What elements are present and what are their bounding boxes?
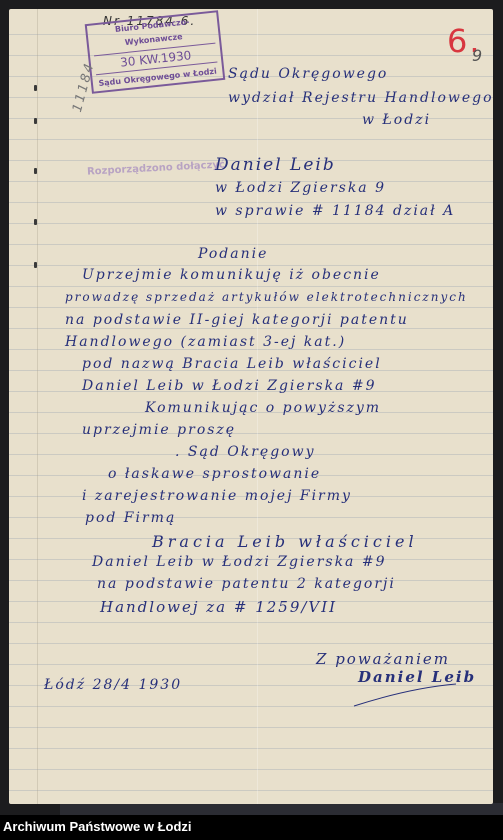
sender-address: w Łodzi Zgierska 9 [215,180,386,196]
body-line: prowadzę sprzedaż artykułów elektrotechn… [65,290,468,304]
punch-mark [34,262,37,268]
closing: Z poważaniem [316,650,450,668]
sender-name: Daniel Leib [215,155,336,175]
archive-footer: Archiwum Państwowe w Łodzi [0,815,503,840]
body-line: pod Firmą [85,510,176,526]
body-line: Komunikując o powyższym [145,400,381,416]
body-line: Bracia Leib właściciel [152,532,418,551]
signature-flourish [350,680,460,710]
body-line: uprzejmie proszę [82,422,236,438]
body-line: pod nazwą Bracia Leib właściciel [82,356,382,372]
place-date: Łódź 28/4 1930 [44,677,182,693]
punch-mark [34,85,37,91]
scan-bed-band [60,803,503,815]
archive-label: Archiwum Państwowe w Łodzi [3,819,192,834]
addressee-line: Sądu Okręgowego [228,66,388,82]
punch-mark [34,118,37,124]
body-line: Daniel Leib w Łodzi Zgierska #9 [92,554,387,570]
body-line: o łaskawe sprostowanie [108,466,321,482]
page-number-pencil: 9 [472,46,484,65]
body-line: na podstawie II-giej kategorji patentu [65,312,409,328]
body-line: Handlowego (zamiast 3-ej kat.) [65,334,346,350]
intake-stamp: Biuro Podawczo-Wykonawcze 30 KW.1930 Sąd… [85,10,226,94]
body-line: . Sąd Okręgowy [175,444,315,460]
body-line: Daniel Leib w Łodzi Zgierska #9 [82,378,377,394]
addressee-line: w Łodzi [362,112,431,128]
body-line: na podstawie patentu 2 kategorji [97,576,396,592]
body-line: Uprzejmie komunikuję iż obecnie [82,267,381,283]
document-title: Podanie [198,246,268,262]
punch-mark [34,168,37,174]
margin-line [37,9,38,804]
punch-mark [34,219,37,225]
sender-case: w sprawie # 11184 dział A [215,203,455,219]
addressee-line: wydział Rejestru Handlowego [228,90,494,106]
body-line: i zarejestrowanie mojej Firmy [82,488,352,504]
body-line: Handlowej za # 1259/VII [100,598,337,616]
